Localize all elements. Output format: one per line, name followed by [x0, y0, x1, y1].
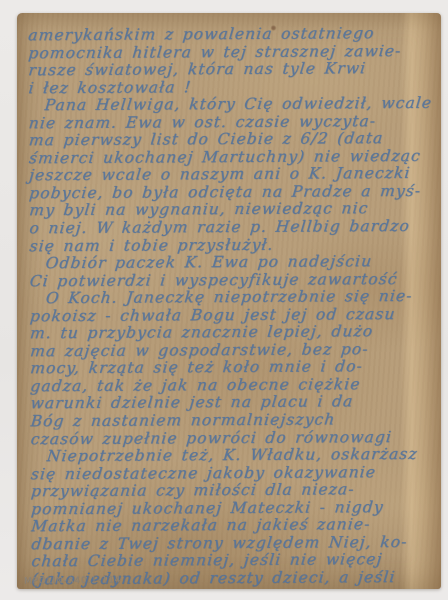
scan-background: amerykańskim z powalenia ostatniegopomoc…	[0, 0, 448, 600]
text-line: Pana Hellwiga, który Cię odwiedził, wcal…	[28, 95, 441, 115]
letter-paper: amerykańskim z powalenia ostatniegopomoc…	[17, 13, 441, 589]
text-line: Niepotrzebnie też, K. Władku, oskarżasz	[30, 446, 441, 466]
text-line: o niej. W każdym razie p. Hellbig bardzo	[29, 218, 441, 238]
letter-text: amerykańskim z powalenia ostatniegopomoc…	[27, 25, 441, 589]
archival-number-label: MPOLIN-A40.1-114	[24, 575, 121, 586]
text-line: rusze światowej, która nas tyle Krwi	[28, 60, 441, 80]
